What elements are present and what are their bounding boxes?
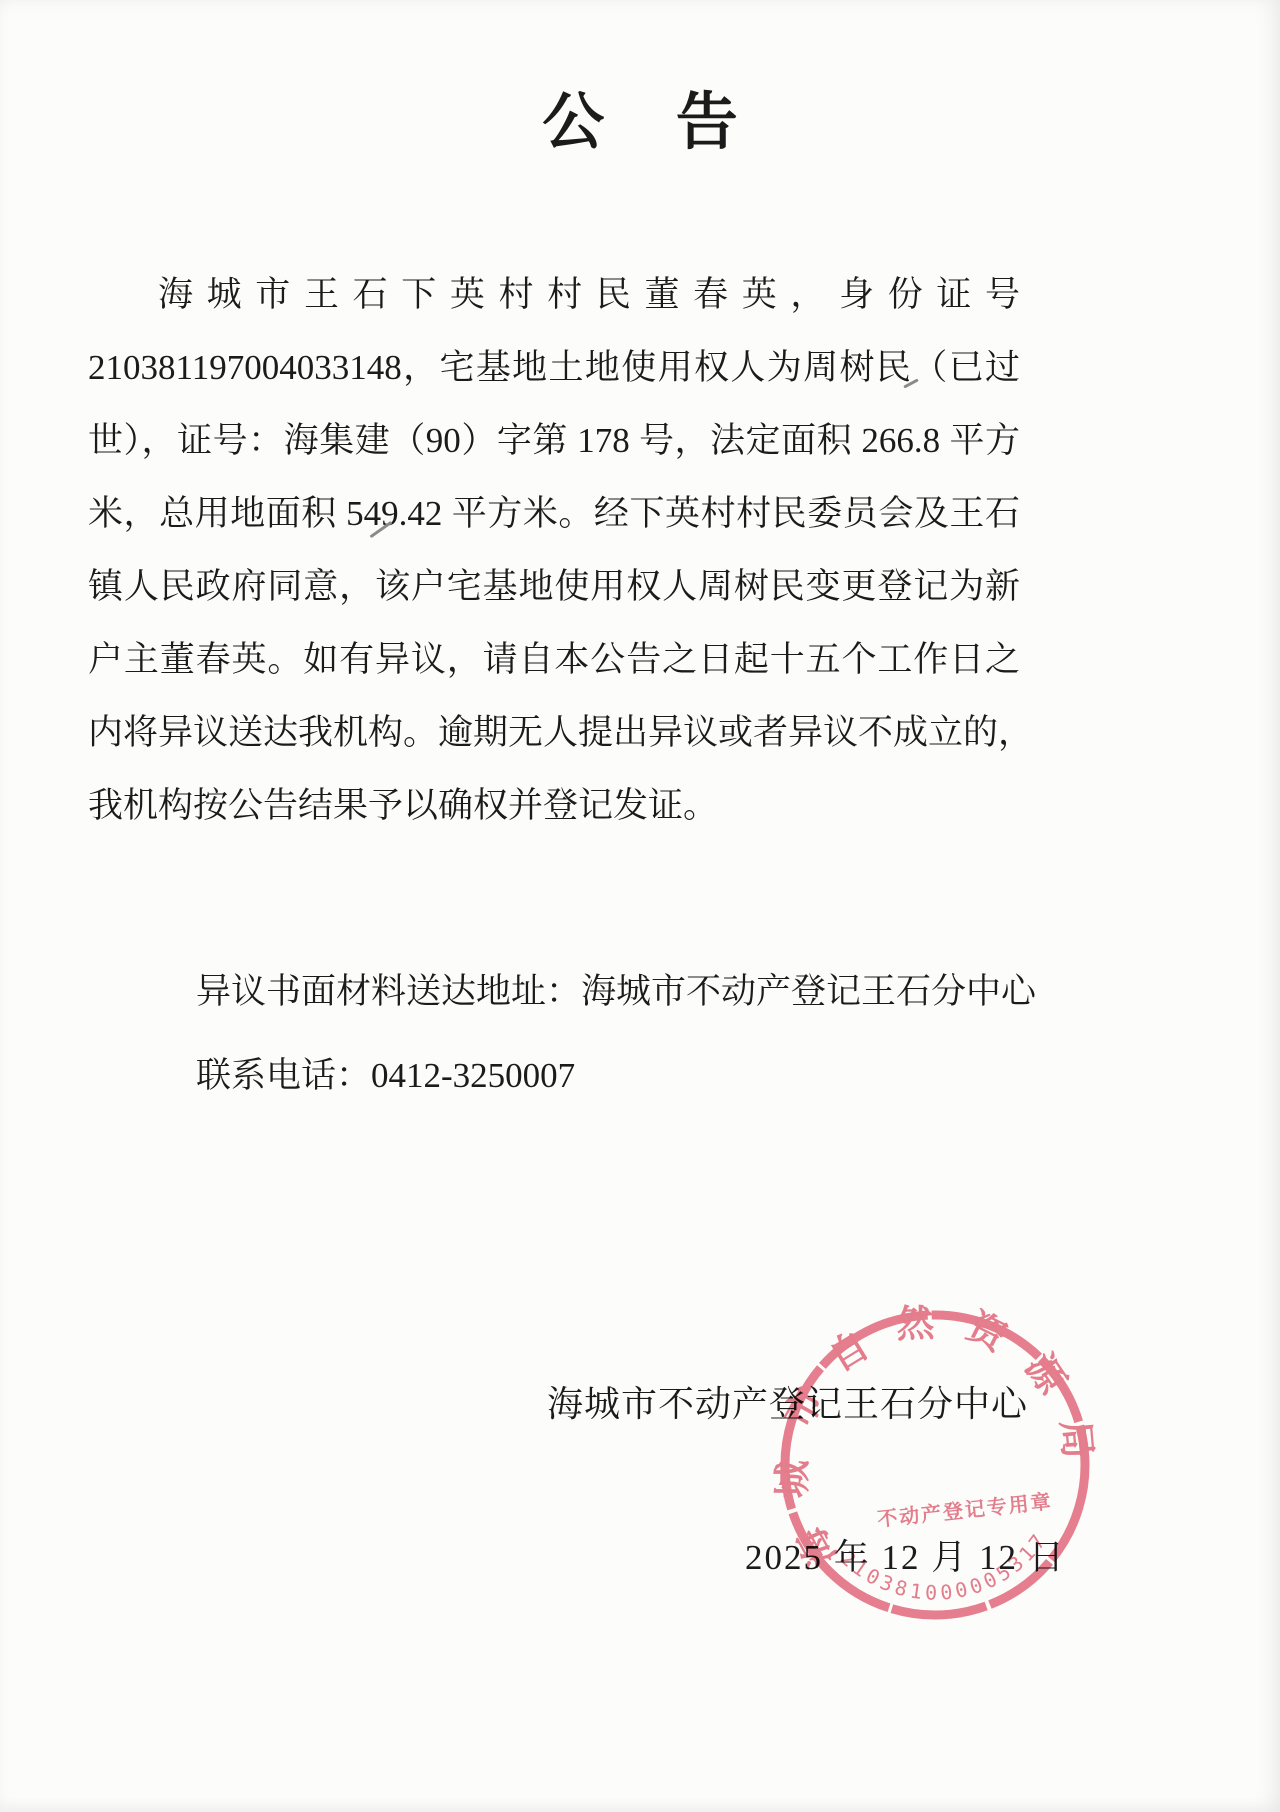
contact-phone-line: 联系电话：0412-3250007	[196, 1034, 1046, 1118]
body-line-8: 我机构按公告结果予以确权并登记发证。	[88, 769, 1020, 842]
official-seal: 海城市自然资源局 不动产登记专用章 210381000005317	[770, 1300, 1100, 1630]
body-line-2: 210381197004033148，宅基地土地使用权人为周树民（已过	[88, 331, 1020, 404]
seal-group: 海城市自然资源局 不动产登记专用章 210381000005317	[770, 1300, 1100, 1630]
body-line-6: 户主董春英。如有异议，请自本公告之日起十五个工作日之	[88, 623, 1020, 696]
body-line-1: 海城市王石下英村村民董春英，身份证号	[88, 258, 1020, 331]
body-line-5: 镇人民政府同意，该户宅基地使用权人周树民变更登记为新	[88, 550, 1020, 623]
body-line-3: 世），证号：海集建（90）字第 178 号，法定面积 266.8 平方	[88, 404, 1020, 477]
seal-ring-textpath: 海城市自然资源局	[770, 1300, 1100, 1577]
seal-banner-text: 不动产登记专用章	[876, 1489, 1054, 1531]
objection-address-line: 异议书面材料送达地址：海城市不动产登记王石分中心	[196, 950, 1046, 1034]
seal-ring-text: 海城市自然资源局	[770, 1300, 1100, 1577]
contact-block: 异议书面材料送达地址：海城市不动产登记王石分中心 联系电话：0412-32500…	[196, 950, 1046, 1118]
body-line-7: 内将异议送达我机构。逾期无人提出异议或者异议不成立的，	[88, 696, 1020, 769]
document-title: 公 告	[0, 72, 1280, 161]
body-line-4: 米，总用地面积 549.42 平方米。经下英村村民委员会及王石	[88, 477, 1020, 550]
announcement-body: 海城市王石下英村村民董春英，身份证号 210381197004033148，宅基…	[88, 258, 1020, 842]
announcement-document: 公 告 海城市王石下英村村民董春英，身份证号 21038119700403314…	[0, 0, 1280, 1812]
